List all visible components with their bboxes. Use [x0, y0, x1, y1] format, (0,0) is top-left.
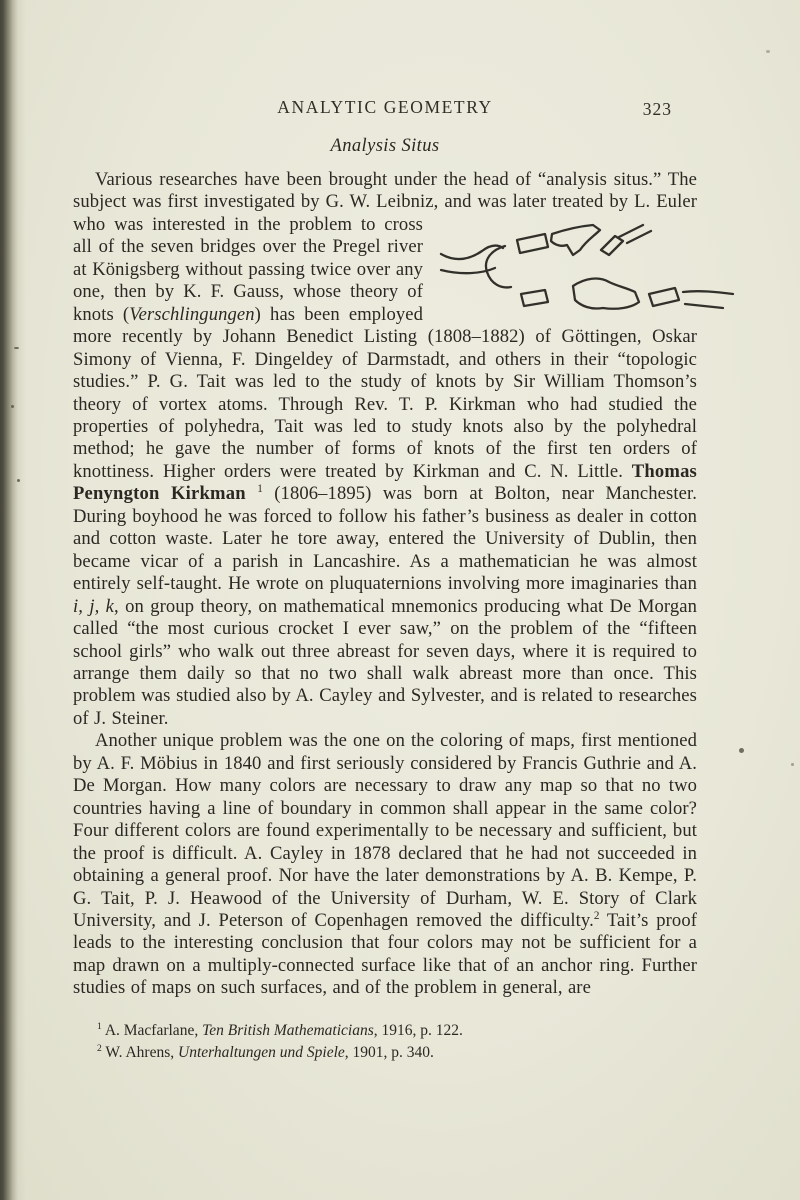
running-head: ANALYTIC GEOMETRY 323 — [73, 97, 697, 121]
footnote-1: 1 A. Macfarlane, Ten British Mathematici… — [97, 1020, 697, 1042]
footnote-1-title: Ten British Mathematicians — [202, 1022, 374, 1039]
scan-speck — [766, 50, 770, 53]
se-channel-bank-2 — [685, 304, 723, 308]
scan-speck — [791, 763, 794, 766]
page-number: 323 — [643, 99, 672, 120]
paragraph-analysis-situs: Various researches have been brought und… — [73, 169, 697, 730]
bridge-top-left — [517, 234, 548, 253]
section-title: Analysis Situs — [73, 136, 697, 157]
ne-channel-bank-1 — [619, 225, 643, 237]
binding-shadow — [0, 0, 26, 1200]
footnote-1-cite: , 1916, p. 122. — [374, 1022, 463, 1039]
footnotes-block: 1 A. Macfarlane, Ten British Mathematici… — [73, 1020, 697, 1064]
p1-verschlingungen-italic: Verschlingungen — [129, 304, 254, 325]
koenigsberg-bridges-sketch-svg — [437, 222, 737, 318]
ne-channel-bank-2 — [627, 231, 651, 243]
running-header-title: ANALYTIC GEOMETRY — [277, 97, 493, 117]
text-column: ANALYTIC GEOMETRY 323 Analysis Situs Var… — [73, 0, 697, 1064]
scan-speck — [17, 479, 20, 482]
bridge-bottom-left — [521, 290, 548, 306]
book-page-scan: ANALYTIC GEOMETRY 323 Analysis Situs Var… — [0, 0, 800, 1200]
footnote-2: 2 W. Ahrens, Unterhaltungen und Spiele, … — [97, 1042, 697, 1064]
p2-text-1: Another unique problem was the one on th… — [73, 730, 697, 931]
bridge-bottom-right — [649, 288, 679, 306]
footnote-2-title: Unterhaltungen und Spiele — [178, 1044, 345, 1061]
scan-speck — [11, 405, 14, 408]
scan-speck — [739, 748, 744, 753]
koenigsberg-bridges-figure — [437, 222, 737, 318]
bridge-north-east — [601, 236, 623, 255]
p1-text-3: ) has been employed more recently by Joh… — [73, 304, 697, 482]
scan-speck — [14, 347, 19, 349]
footnote-1-author: A. Macfarlane, — [102, 1022, 202, 1039]
p1-text-5: , on group theory, on mathematical mnemo… — [73, 596, 697, 729]
north-land-mass — [551, 225, 600, 255]
paragraph-map-coloring: Another unique problem was the one on th… — [73, 730, 697, 999]
footnote-2-cite: , 1901, p. 340. — [345, 1044, 434, 1061]
island-west-shore — [486, 246, 511, 287]
footnote-2-author: W. Ahrens, — [102, 1044, 178, 1061]
p1-ijk-italic: i, j, k — [73, 596, 114, 617]
se-channel-bank-1 — [683, 291, 733, 294]
south-land-mass — [573, 278, 639, 308]
